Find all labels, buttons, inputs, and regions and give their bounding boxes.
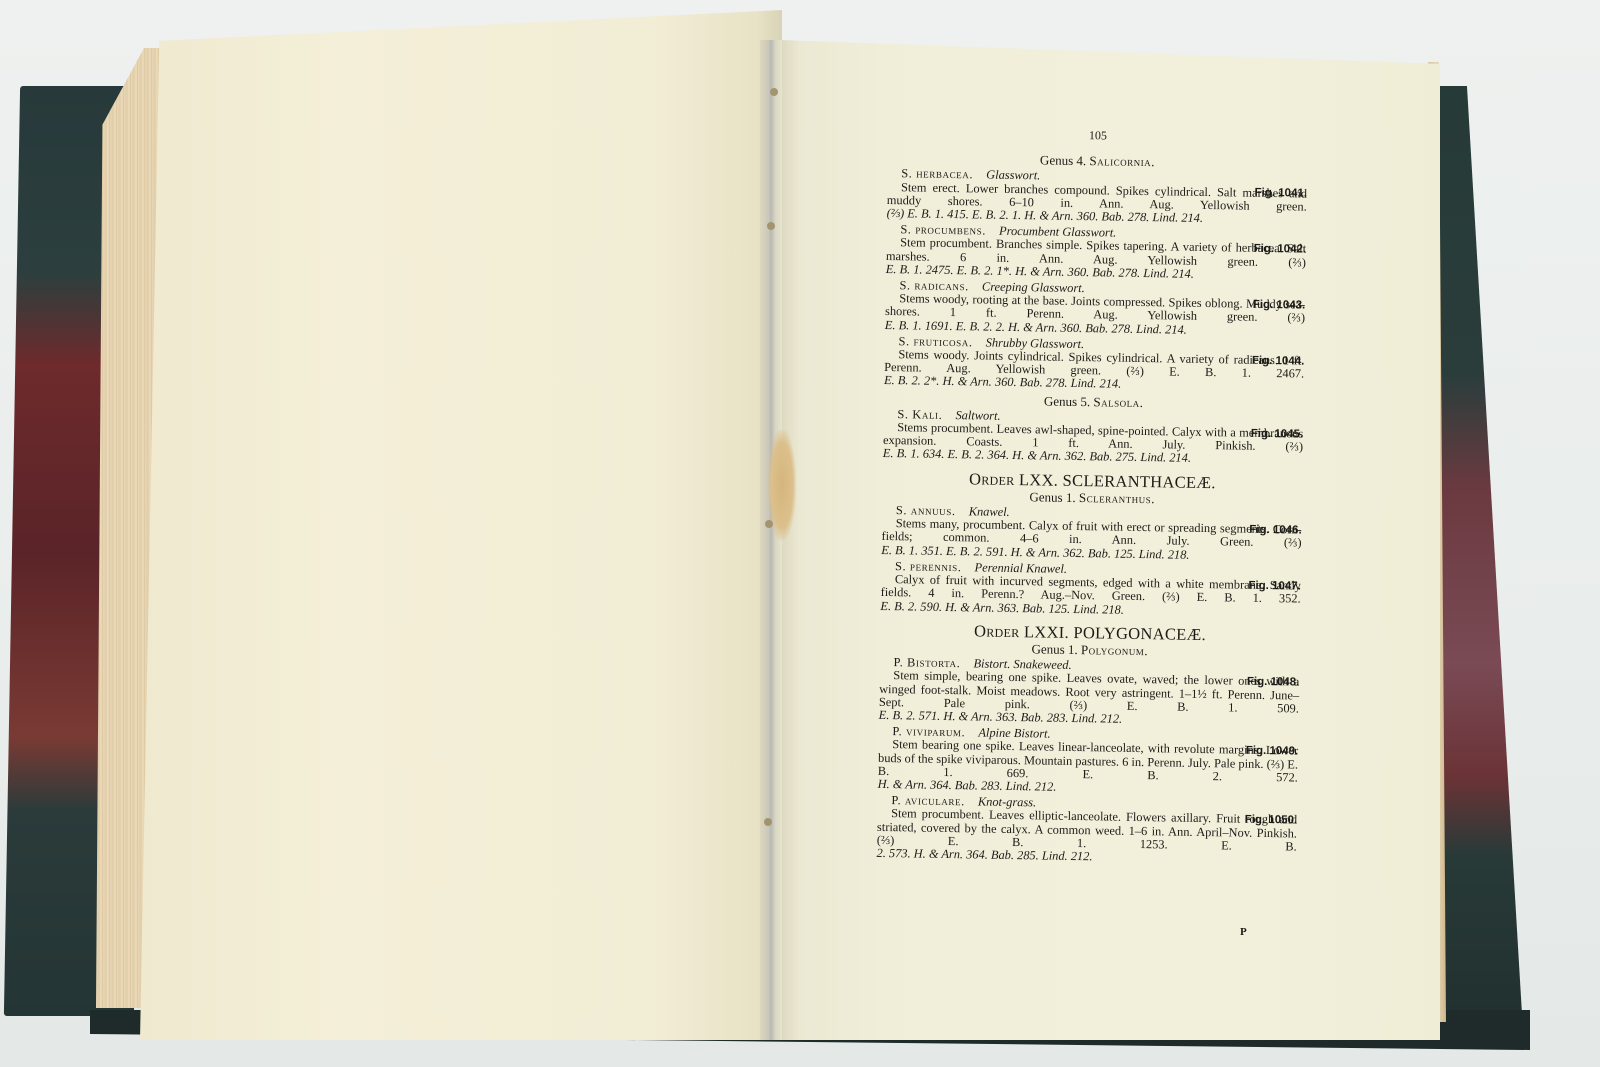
order-label: Order LXXI. <box>974 621 1069 641</box>
genus-name: Scleranthus. <box>1079 490 1155 506</box>
genus-label: Genus 1. <box>1031 641 1077 657</box>
species-entry: P. viviparum. Alpine Bistort. Fig. 1049.… <box>878 725 1299 798</box>
binding-stitch <box>765 520 773 528</box>
species-entry: S. procumbens. Procumbent Glasswort. Fig… <box>886 223 1307 282</box>
species-name: S. perennis. <box>895 559 962 574</box>
species-name: S. Kali. <box>897 407 942 422</box>
common-name: Shrubby Glasswort. <box>986 335 1085 351</box>
species-name: P. Bistorta. <box>893 655 960 670</box>
left-page-blank <box>140 10 782 1040</box>
genus-name: Salsola. <box>1093 394 1143 410</box>
species-entry: P. aviculare. Knot-grass. Fig. 1050. Ste… <box>876 794 1297 867</box>
species-list: S. Kali. Saltwort. Fig. 1045. Stems proc… <box>883 408 1304 467</box>
figure-number: Fig. 1048. <box>1247 676 1300 690</box>
species-name: P. viviparum. <box>892 724 965 739</box>
species-name: S. annuus. <box>896 503 956 518</box>
species-entry: S. radicans. Creeping Glasswort. Fig. 10… <box>885 279 1306 338</box>
figure-number: Fig. 1042. <box>1254 243 1307 257</box>
common-name: Saltwort. <box>955 408 1000 423</box>
signature-mark: P <box>1240 926 1247 938</box>
figure-number: Fig. 1046. <box>1249 524 1302 538</box>
figure-number: Fig. 1045. <box>1251 428 1304 442</box>
genus-name: Salicornia. <box>1089 153 1155 169</box>
genus-label: Genus 1. <box>1029 489 1075 505</box>
page-text-block: 105 Genus 4. Salicornia. S. herbacea. Gl… <box>876 126 1307 867</box>
order-name: POLYGONACEÆ. <box>1073 623 1206 644</box>
figure-number: Fig. 1041. <box>1254 187 1307 201</box>
common-name: Perennial Knawel. <box>974 560 1067 575</box>
species-entry: S. perennis. Perennial Knawel. Fig. 1047… <box>880 560 1301 619</box>
binding-stitch <box>770 88 778 96</box>
order-heading: Order LXX. SCLERANTHACEÆ. <box>882 471 1302 491</box>
species-entry: S. Kali. Saltwort. Fig. 1045. Stems proc… <box>883 408 1304 467</box>
common-name: Knot-grass. <box>978 795 1036 810</box>
common-name: Creeping Glasswort. <box>982 280 1085 296</box>
species-list: S. herbacea. Glasswort. Fig. 1041. Stem … <box>884 167 1307 394</box>
genus-name: Polygonum. <box>1081 642 1148 658</box>
common-name: Alpine Bistort. <box>978 726 1050 741</box>
species-name: P. aviculare. <box>891 793 965 808</box>
species-name: S. fruticosa. <box>899 334 973 349</box>
species-name: S. herbacea. <box>901 167 973 182</box>
figure-number: Fig. 1043. <box>1253 299 1306 313</box>
figure-number: Fig. 1047. <box>1248 580 1301 594</box>
common-name: Procumbent Glasswort. <box>999 224 1116 240</box>
common-name: Glasswort. <box>986 168 1040 183</box>
figure-number: Fig. 1050. <box>1245 814 1298 828</box>
book-gutter <box>760 40 782 1040</box>
species-list: S. annuus. Knawel. Fig. 1046. Stems many… <box>880 504 1302 619</box>
genus-label: Genus 5. <box>1044 393 1090 409</box>
order-label: Order LXX. <box>969 469 1058 489</box>
species-entry: P. Bistorta. Bistort. Snakeweed. Fig. 10… <box>879 656 1300 729</box>
species-list: P. Bistorta. Bistort. Snakeweed. Fig. 10… <box>876 656 1299 867</box>
species-entry: S. annuus. Knawel. Fig. 1046. Stems many… <box>881 504 1302 563</box>
order-heading: Order LXXI. POLYGONACEÆ. <box>880 623 1300 643</box>
species-name: S. radicans. <box>899 278 969 293</box>
genus-label: Genus 4. <box>1040 153 1086 169</box>
figure-number: Fig. 1049. <box>1246 745 1299 759</box>
common-name: Knawel. <box>969 504 1010 519</box>
order-name: SCLERANTHACEÆ. <box>1062 470 1215 491</box>
book-cover-right-edge <box>1432 86 1524 1048</box>
binding-stitch <box>767 222 775 230</box>
species-entry: S. fruticosa. Shrubby Glasswort. Fig. 10… <box>884 335 1305 394</box>
figure-number: Fig. 1044. <box>1252 355 1305 369</box>
species-name: S. procumbens. <box>900 222 986 237</box>
common-name: Bistort. Snakeweed. <box>973 657 1071 673</box>
binding-stitch <box>764 818 772 826</box>
species-entry: S. herbacea. Glasswort. Fig. 1041. Stem … <box>887 167 1308 226</box>
